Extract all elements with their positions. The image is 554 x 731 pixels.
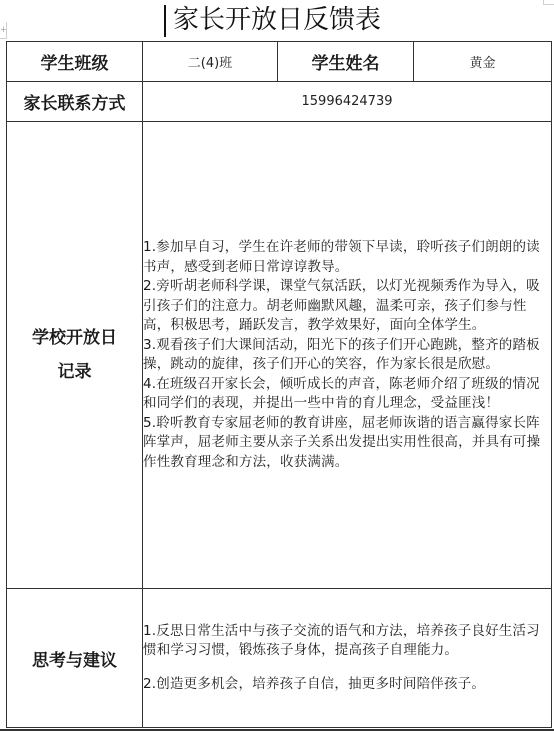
feedback-form-table: 学生班级 二(4)班 学生姓名 黄金 家长联系方式 15996424739 学校… [6, 41, 552, 728]
name-value-cell[interactable]: 黄金 [414, 42, 552, 82]
contact-value: 15996424739 [302, 94, 393, 109]
text-cursor [164, 5, 166, 37]
record-content-cell[interactable]: 1.参加早自习，学生在许老师的带领下早读，聆听孩子们朗朗的读书声，感受到老师日常… [143, 122, 552, 589]
contact-value-cell[interactable]: 15996424739 [143, 82, 552, 122]
name-label-cell[interactable]: 学生姓名 [278, 42, 414, 82]
table-row: 学生班级 二(4)班 学生姓名 黄金 [7, 42, 552, 82]
record-item: 1.参加早自习，学生在许老师的带领下早读，聆听孩子们朗朗的读书声，感受到老师日常… [143, 238, 551, 277]
class-value: 二(4)班 [188, 56, 232, 71]
record-item: 3.观看孩子们大课间活动，阳光下的孩子们开心跑跳，整齐的踏板操，跳动的旋律，孩子… [143, 336, 551, 375]
table-row: 学校开放日 记录 1.参加早自习，学生在许老师的带领下早读，聆听孩子们朗朗的读书… [7, 122, 552, 589]
record-item: 4.在班级召开家长会，倾听成长的声音，陈老师介绍了班级的情况和同学们的表现，并提… [143, 375, 551, 414]
name-label: 学生姓名 [312, 54, 380, 74]
record-label-cell[interactable]: 学校开放日 记录 [7, 122, 143, 589]
name-value: 黄金 [469, 56, 495, 71]
record-label-line1: 学校开放日 [7, 321, 142, 355]
contact-label-cell[interactable]: 家长联系方式 [7, 82, 143, 122]
class-label: 学生班级 [41, 54, 109, 74]
record-label-line2: 记录 [7, 355, 142, 389]
suggest-item: 1.反思日常生活中与孩子交流的语气和方法，培养孩子良好生活习惯和学习习惯，锻炼孩… [143, 622, 551, 661]
class-label-cell[interactable]: 学生班级 [7, 42, 143, 82]
suggest-content-cell[interactable]: 1.反思日常生活中与孩子交流的语气和方法，培养孩子良好生活习惯和学习习惯，锻炼孩… [143, 589, 552, 728]
record-item: 5.聆听教育专家屈老师的教育讲座，屈老师诙谐的语言赢得家长阵阵掌声，屈老师主要从… [143, 414, 551, 473]
suggest-item: 2.创造更多机会，培养孩子自信，抽更多时间陪伴孩子。 [143, 675, 551, 695]
record-item: 2.旁听胡老师科学课，课堂气氛活跃，以灯光视频秀作为导入，吸引孩子们的注意力。胡… [143, 277, 551, 336]
document-title[interactable]: 家长开放日反馈表 [0, 2, 554, 38]
contact-label: 家长联系方式 [24, 94, 126, 114]
class-value-cell[interactable]: 二(4)班 [143, 42, 278, 82]
suggest-label-cell[interactable]: 思考与建议 [7, 589, 143, 728]
suggest-label: 思考与建议 [32, 651, 117, 671]
table-row: 思考与建议 1.反思日常生活中与孩子交流的语气和方法，培养孩子良好生活习惯和学习… [7, 589, 552, 728]
table-row: 家长联系方式 15996424739 [7, 82, 552, 122]
